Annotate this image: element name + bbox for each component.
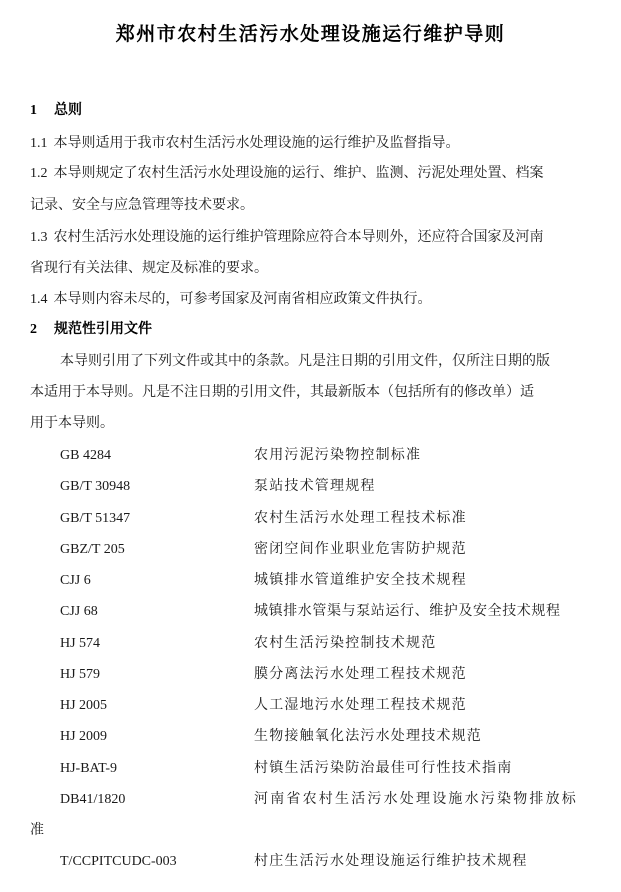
reference-name: 人工湿地污水处理工程技术规范 bbox=[254, 697, 467, 713]
clause-1-3: 1.3农村生活污水处理设施的运行维护管理除应符合本导则外，还应符合国家及河南 bbox=[30, 228, 544, 247]
clause-1-2: 1.2本导则规定了农村生活污水处理设施的运行、维护、监测、污泥处理处置、档案 bbox=[30, 164, 544, 183]
reference-name: 村庄生活污水处理设施运行维护技术规程 bbox=[254, 853, 528, 869]
clause-text: 本导则内容未尽的，可参考国家及河南省相应政策文件执行。 bbox=[54, 291, 432, 307]
reference-code: HJ 574 bbox=[60, 635, 254, 653]
reference-name: 农村生活污染控制技术规范 bbox=[254, 635, 436, 651]
reference-code: GB/T 30948 bbox=[60, 478, 254, 496]
reference-item: HJ 2009生物接触氧化法污水处理技术规范 bbox=[60, 727, 482, 746]
clause-number: 1.4 bbox=[30, 292, 48, 307]
reference-item: GB 4284农用污泥污染物控制标准 bbox=[60, 446, 421, 465]
reference-code: HJ 2005 bbox=[60, 697, 254, 715]
section-title: 总则 bbox=[54, 102, 82, 118]
clause-number: 1.3 bbox=[30, 230, 48, 245]
document-title: 郑州市农村生活污水处理设施运行维护导则 bbox=[0, 19, 621, 46]
reference-code: CJJ 6 bbox=[60, 572, 254, 590]
reference-name: 村镇生活污染防治最佳可行性技术指南 bbox=[254, 760, 512, 776]
reference-name: 农用污泥污染物控制标准 bbox=[254, 447, 421, 463]
reference-code: HJ 2009 bbox=[60, 728, 254, 746]
reference-name: 城镇排水管渠与泵站运行、维护及安全技术规程 bbox=[254, 603, 561, 619]
reference-code: GB/T 51347 bbox=[60, 510, 254, 528]
reference-item: HJ 2005人工湿地污水处理工程技术规范 bbox=[60, 696, 467, 715]
clause-1-1: 1.1本导则适用于我市农村生活污水处理设施的运行维护及监督指导。 bbox=[30, 134, 460, 153]
reference-item: GB/T 51347农村生活污水处理工程技术标准 bbox=[60, 509, 467, 528]
reference-name: 密闭空间作业职业危害防护规范 bbox=[254, 541, 467, 557]
clause-text: 农村生活污水处理设施的运行维护管理除应符合本导则外，还应符合国家及河南 bbox=[54, 229, 544, 245]
clause-number: 1.2 bbox=[30, 166, 48, 181]
reference-item: CJJ 68城镇排水管渠与泵站运行、维护及安全技术规程 bbox=[60, 602, 561, 621]
clause-1-2-cont: 记录、安全与应急管理等技术要求。 bbox=[30, 196, 254, 214]
reference-item: T/CCPITCUDC-003村庄生活污水处理设施运行维护技术规程 bbox=[60, 852, 528, 871]
intro-line-2: 本适用于本导则。凡是不注日期的引用文件，其最新版本（包括所有的修改单）适 bbox=[30, 383, 534, 401]
section-heading-1: 1总则 bbox=[30, 101, 82, 120]
reference-name: 河南省农村生活污水处理设施水污染物排放标 bbox=[254, 791, 578, 807]
section-number: 2 bbox=[30, 321, 54, 339]
reference-item: HJ 574农村生活污染控制技术规范 bbox=[60, 634, 436, 653]
reference-name: 泵站技术管理规程 bbox=[254, 478, 376, 494]
clause-1-3-cont: 省现行有关法律、规定及标准的要求。 bbox=[30, 259, 268, 277]
reference-item: GB/T 30948泵站技术管理规程 bbox=[60, 477, 376, 496]
reference-code: GBZ/T 205 bbox=[60, 541, 254, 559]
reference-code: HJ 579 bbox=[60, 666, 254, 684]
reference-code: HJ-BAT-9 bbox=[60, 760, 254, 778]
reference-name: 生物接触氧化法污水处理技术规范 bbox=[254, 728, 482, 744]
reference-item: CJJ 6城镇排水管道维护安全技术规程 bbox=[60, 571, 467, 590]
clause-number: 1.1 bbox=[30, 136, 48, 151]
reference-code: CJJ 68 bbox=[60, 603, 254, 621]
clause-text: 本导则适用于我市农村生活污水处理设施的运行维护及监督指导。 bbox=[54, 135, 460, 151]
reference-code: DB41/1820 bbox=[60, 791, 254, 809]
reference-item: HJ-BAT-9村镇生活污染防治最佳可行性技术指南 bbox=[60, 759, 512, 778]
reference-wrap-text: 准 bbox=[30, 821, 44, 839]
reference-item: GBZ/T 205密闭空间作业职业危害防护规范 bbox=[60, 540, 467, 559]
clause-text: 本导则规定了农村生活污水处理设施的运行、维护、监测、污泥处理处置、档案 bbox=[54, 165, 544, 181]
clause-1-4: 1.4本导则内容未尽的，可参考国家及河南省相应政策文件执行。 bbox=[30, 290, 432, 309]
intro-line-3: 用于本导则。 bbox=[30, 414, 114, 432]
reference-name: 农村生活污水处理工程技术标准 bbox=[254, 510, 467, 526]
reference-code: GB 4284 bbox=[60, 447, 254, 465]
section-title: 规范性引用文件 bbox=[54, 321, 152, 337]
reference-item: DB41/1820河南省农村生活污水处理设施水污染物排放标 bbox=[60, 790, 578, 809]
reference-name: 膜分离法污水处理工程技术规范 bbox=[254, 666, 467, 682]
reference-name: 城镇排水管道维护安全技术规程 bbox=[254, 572, 467, 588]
reference-item: HJ 579膜分离法污水处理工程技术规范 bbox=[60, 665, 467, 684]
intro-line-1: 本导则引用了下列文件或其中的条款。凡是注日期的引用文件，仅所注日期的版 bbox=[60, 352, 550, 370]
section-number: 1 bbox=[30, 102, 54, 120]
reference-code: T/CCPITCUDC-003 bbox=[60, 853, 254, 871]
section-heading-2: 2规范性引用文件 bbox=[30, 320, 152, 339]
